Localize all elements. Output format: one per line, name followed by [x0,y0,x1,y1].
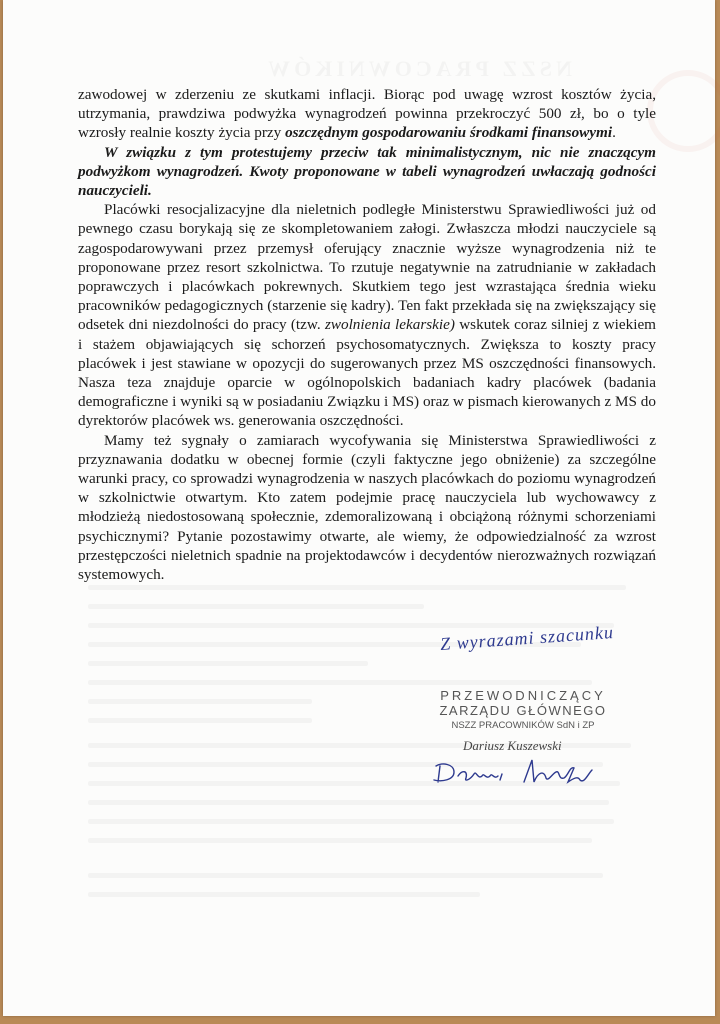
italic-text: zwolnienia lekarskie) [325,316,455,333]
ghost-line [88,661,368,666]
bleed-through-header: NSZZ PRACOWNIKÓW [178,56,658,82]
ghost-line [88,699,312,704]
text-run: Mamy też sygnały o zamiarach wycofywania… [78,432,656,583]
text-run: . [612,124,616,141]
ghost-line [88,718,312,723]
handwritten-signature [428,752,618,797]
paragraph-allowance: Mamy też sygnały o zamiarach wycofywania… [78,431,656,585]
letter-body: zawodowej w zderzeniu ze skutkami inflac… [78,85,656,584]
ghost-line [88,838,592,843]
bleed-through-logo [647,70,720,152]
document-page: NSZZ PRACOWNIKÓW zawodowej w zderzeniu z… [3,0,715,1016]
ghost-line [88,800,609,805]
stamp-title: PRZEWODNICZĄCY [423,688,623,703]
ghost-line [88,680,592,685]
stamp-union: NSZZ PRACOWNIKÓW SdN i ZP [423,719,623,732]
ghost-line [88,585,626,590]
stamp-board: ZARZĄDU GŁÓWNEGO [423,703,623,718]
paragraph-inflation: zawodowej w zderzeniu ze skutkami inflac… [78,85,656,143]
paragraph-staffing: Placówki resocjalizacyjne dla nieletnich… [78,200,656,430]
emphasis-text: W związku z tym protestujemy przeciw tak… [78,144,656,199]
ghost-line [88,819,614,824]
ghost-line [88,892,480,897]
official-stamp: PRZEWODNICZĄCY ZARZĄDU GŁÓWNEGO NSZZ PRA… [423,688,623,732]
ghost-line [88,873,603,878]
ghost-line [88,604,424,609]
text-run: Placówki resocjalizacyjne dla nieletnich… [78,201,656,333]
emphasis-text: oszczędnym gospodarowaniu środkami finan… [285,124,612,141]
paragraph-protest: W związku z tym protestujemy przeciw tak… [78,143,656,201]
signature-icon [428,752,618,792]
